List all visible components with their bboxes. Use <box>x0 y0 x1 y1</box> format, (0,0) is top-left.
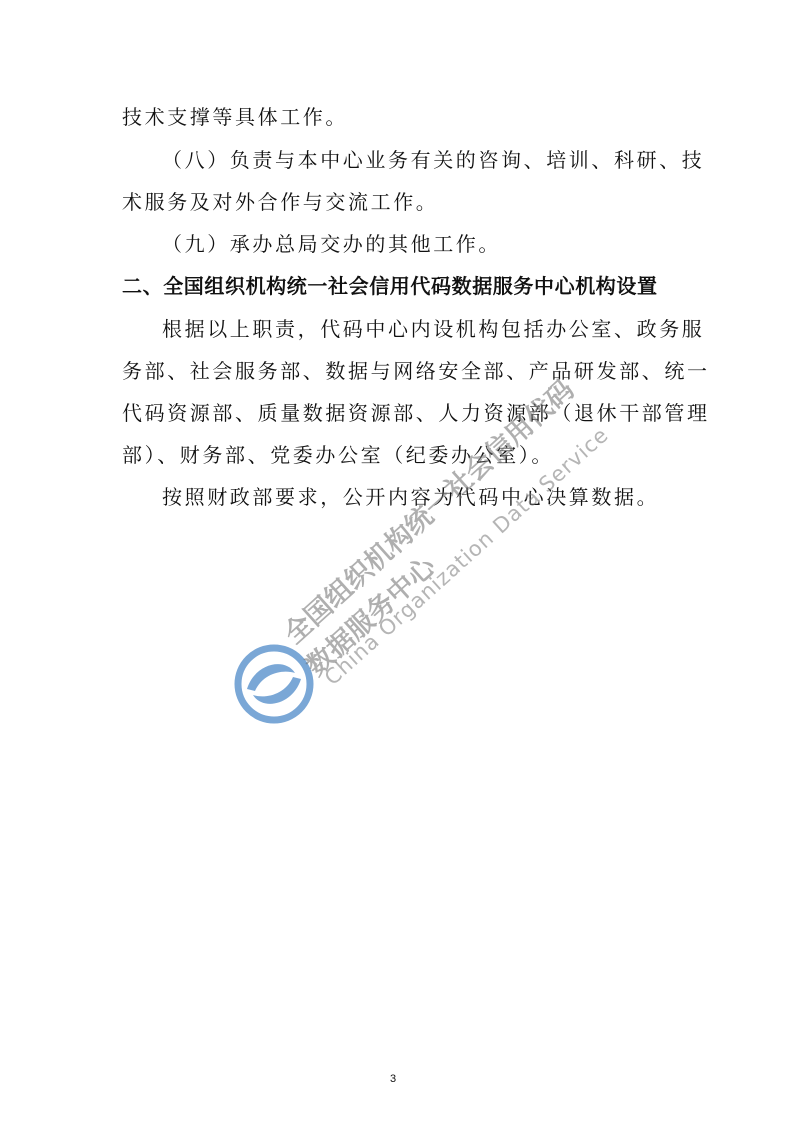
body-line: 根据以上职责，代码中心内设机构包括办公室、政务服 <box>162 315 722 343</box>
body-line: 部）、财务部、党委办公室（纪委办公室）。 <box>122 441 682 469</box>
document-page: 技术支撑等具体工作。 （八）负责与本中心业务有关的咨询、培训、科研、技 术服务及… <box>0 0 794 1123</box>
text-line: （八）负责与本中心业务有关的咨询、培训、科研、技 <box>162 146 722 174</box>
section-heading: 二、全国组织机构统一社会信用代码数据服务中心机构设置 <box>122 272 682 300</box>
text-line: 技术支撑等具体工作。 <box>122 103 682 131</box>
org-logo-icon <box>233 643 315 725</box>
body-line: 务部、社会服务部、数据与网络安全部、产品研发部、统一 <box>122 357 682 385</box>
body-line: 代码资源部、质量数据资源部、人力资源部（退休干部管理 <box>122 399 682 427</box>
page-number: 3 <box>390 1073 396 1085</box>
watermark-line-2: 数据服务中心 <box>296 546 442 683</box>
body-line: 按照财政部要求，公开内容为代码中心决算数据。 <box>162 483 722 511</box>
text-line: （九）承办总局交办的其他工作。 <box>162 230 722 258</box>
text-line: 术服务及对外合作与交流工作。 <box>122 188 682 216</box>
